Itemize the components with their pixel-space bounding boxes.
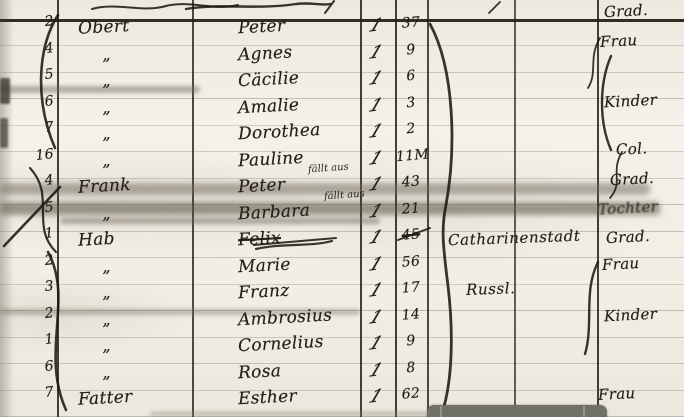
row-number: 2 — [17, 252, 54, 272]
age-cell: 11M — [395, 146, 426, 165]
given-name-cell: Felix — [224, 223, 379, 251]
age-cell: 14 — [395, 305, 426, 324]
row-number: 1 — [17, 225, 54, 245]
place-note: Russl. — [466, 279, 516, 299]
top-row-tally-mark — [325, 1, 334, 13]
top-row-fragment-scribble — [92, 4, 238, 9]
table-row: 3 „ Franz 1 17 — [0, 279, 684, 306]
table-row: 2 Obert Peter 1 37 — [0, 14, 684, 41]
right-column-label: Kinder — [604, 305, 658, 326]
table-row: 2 „ Ambrosius 1 14 — [0, 306, 684, 333]
table-row: 1 „ Cornelius 1 9 — [0, 332, 684, 359]
top-row-strike-scribble — [186, 3, 330, 9]
row-number: 2 — [17, 13, 54, 33]
table-row: 6 „ Rosa 1 8 — [0, 359, 684, 386]
table-row: 6 „ Amalie 1 3 — [0, 94, 684, 121]
right-column-label: Tochter — [598, 197, 659, 218]
row-number: 6 — [17, 358, 54, 378]
row-number: 16 — [17, 146, 54, 166]
table-row: 1 Hab Felix 1 45 — [0, 226, 684, 253]
surname-cell: Frank — [60, 169, 239, 198]
age-cell: 21 — [395, 199, 426, 218]
top-row-check-mark — [489, 2, 500, 13]
row-number: 6 — [17, 93, 54, 113]
age-cell: 62 — [395, 385, 426, 404]
row-number: 3 — [17, 278, 54, 298]
given-name-cell: Esther — [224, 382, 379, 410]
age-cell: 9 — [395, 40, 426, 59]
right-column-label: Grad. — [606, 227, 651, 247]
right-column-label: Grad. — [604, 1, 649, 21]
surname-cell: Fatter — [60, 381, 239, 410]
age-cell: 3 — [395, 93, 426, 112]
age-cell: 37 — [395, 14, 426, 33]
row-number: 7 — [17, 119, 54, 139]
toolbar-segment-middle[interactable] — [442, 405, 583, 417]
right-column-label: Col. — [616, 139, 648, 159]
given-name-cell: Peter — [224, 11, 379, 39]
right-column-label: Frau — [600, 31, 638, 51]
age-cell: 6 — [395, 67, 426, 86]
age-cell: 8 — [395, 358, 426, 377]
right-column-label: Grad. — [610, 169, 655, 189]
age-cell: 56 — [395, 252, 426, 271]
age-cell: 9 — [395, 332, 426, 351]
surname-cell: Hab — [60, 222, 239, 251]
table-row: 5 „ Cäcilie 1 6 — [0, 67, 684, 94]
table-row: 5 „ Barbara 1 21 — [0, 200, 684, 227]
row-number: 4 — [17, 172, 54, 192]
table-row: 4 „ Agnes 1 9 — [0, 41, 684, 68]
right-column-label: Kinder — [604, 91, 658, 112]
toolbar-segment-left[interactable] — [427, 405, 440, 417]
row-number: 5 — [17, 66, 54, 86]
row-number: 2 — [17, 305, 54, 325]
right-column-label: Frau — [598, 384, 636, 404]
age-cell: 45 — [395, 226, 426, 245]
row-number: 5 — [17, 199, 54, 219]
viewer-toolbar-overlay[interactable] — [427, 405, 607, 417]
age-cell: 17 — [395, 279, 426, 298]
right-column-label: Frau — [602, 254, 640, 274]
document-scan[interactable]: 2 Obert Peter 1 37 4 „ Agnes 1 9 5 „ Cäc… — [0, 0, 684, 417]
row-number: 7 — [17, 384, 54, 404]
age-cell: 43 — [395, 173, 426, 192]
toolbar-segment-right[interactable] — [585, 405, 607, 417]
row-number: 1 — [17, 331, 54, 351]
row-number: 4 — [17, 40, 54, 60]
surname-cell: Obert — [60, 10, 239, 39]
age-cell: 2 — [395, 120, 426, 139]
table-row: 7 „ Dorothea 1 2 — [0, 120, 684, 147]
table-row: 2 „ Marie 1 56 — [0, 253, 684, 280]
